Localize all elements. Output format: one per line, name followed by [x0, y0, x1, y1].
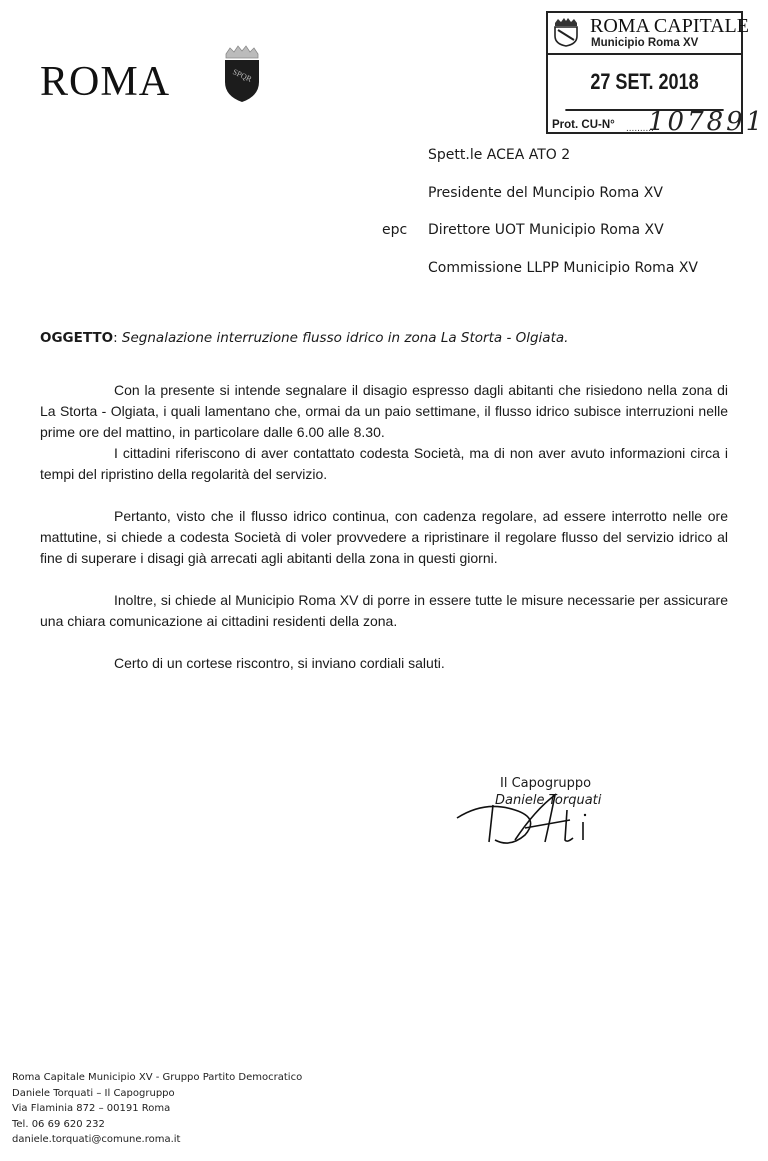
- footer-line: Via Flaminia 872 – 00191 Roma: [12, 1101, 302, 1117]
- recipient-prefix: epc: [382, 222, 407, 238]
- crest-icon: [553, 17, 579, 47]
- signature-role: Il Capogruppo: [500, 776, 591, 791]
- recipient-line: epc Direttore UOT Municipio Roma XV: [428, 222, 698, 260]
- footer-line: Tel. 06 69 620 232: [12, 1117, 302, 1133]
- subject-label: OGGETTO: [40, 330, 113, 346]
- recipient-line: Spett.le ACEA ATO 2: [428, 147, 698, 185]
- subject-separator: :: [113, 330, 122, 346]
- protocol-stamp: ROMA CAPITALE Municipio Roma XV 27 SET. …: [546, 11, 743, 134]
- stamp-protocol: Prot. CU-N° .......... 107891: [548, 111, 741, 138]
- body-paragraph: Pertanto, visto che il flusso idrico con…: [40, 506, 728, 569]
- handwritten-signature-icon: [455, 790, 615, 850]
- body-paragraph: Certo di un cortese riscontro, si invian…: [40, 653, 728, 674]
- body-paragraph: Inoltre, si chiede al Municipio Roma XV …: [40, 590, 728, 632]
- footer-line: Daniele Torquati – Il Capogruppo: [12, 1086, 302, 1102]
- protocol-number: 107891: [648, 107, 765, 137]
- subject-line: OGGETTO: Segnalazione interruzione fluss…: [40, 330, 568, 346]
- letter-footer: Roma Capitale Municipio XV - Gruppo Part…: [12, 1070, 302, 1148]
- subject-text: Segnalazione interruzione flusso idrico …: [122, 330, 569, 346]
- recipient-text: Commissione LLPP Municipio Roma XV: [428, 260, 698, 276]
- roma-coat-of-arms-icon: SPQR: [220, 44, 264, 104]
- recipient-text: Spett.le ACEA ATO 2: [428, 147, 570, 163]
- letter-body: Con la presente si intende segnalare il …: [40, 380, 728, 674]
- body-paragraph: Con la presente si intende segnalare il …: [40, 380, 728, 443]
- stamp-header: ROMA CAPITALE Municipio Roma XV: [548, 13, 741, 55]
- recipient-line: Presidente del Muncipio Roma XV: [428, 185, 698, 223]
- footer-email[interactable]: daniele.torquati@comune.roma.it: [12, 1132, 302, 1148]
- footer-line: Roma Capitale Municipio XV - Gruppo Part…: [12, 1070, 302, 1086]
- body-paragraph: I cittadini riferiscono di aver contatta…: [40, 443, 728, 485]
- recipient-line: Commissione LLPP Municipio Roma XV: [428, 260, 698, 298]
- protocol-label: Prot. CU-N°: [552, 119, 615, 131]
- roma-logo-text: ROMA: [40, 58, 170, 106]
- stamp-title: ROMA CAPITALE: [590, 15, 749, 38]
- recipient-text: Presidente del Muncipio Roma XV: [428, 185, 663, 201]
- recipient-text: Direttore UOT Municipio Roma XV: [428, 222, 664, 238]
- stamp-date: 27 SET. 2018: [565, 55, 723, 111]
- recipients-block: Spett.le ACEA ATO 2 Presidente del Munci…: [428, 147, 698, 297]
- stamp-subtitle: Municipio Roma XV: [591, 37, 698, 49]
